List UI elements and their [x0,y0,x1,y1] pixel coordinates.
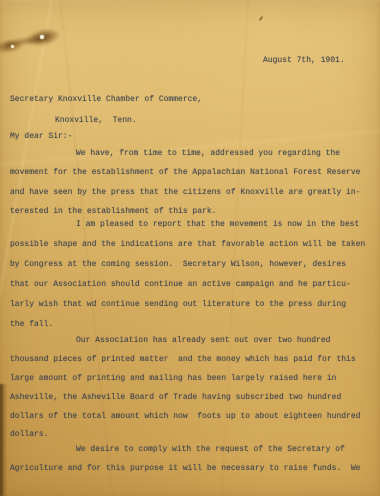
recipient-address-line: Knoxville, Tenn. [55,116,137,125]
letter-paragraph: I am pleased to report that the movement… [10,220,376,340]
letter-date: August 7th, 1901. [263,56,345,65]
letter-line: Our Association has already sent out ove… [10,336,376,355]
letter-paragraph: We have, from time to time, addressed yo… [10,149,376,227]
letter-paragraph: We desire to comply with the request of … [10,445,376,483]
letter-line: possible shape and the indications are t… [10,240,376,260]
letter-line: larly wish that wd continue sending out … [10,300,376,320]
salutation: My dear Sir:- [10,132,72,141]
letter-line: and have seen by the press that the citi… [10,188,376,207]
letter-text: August 7th, 1901. Secretary Knoxville Ch… [0,0,380,496]
letter-line: Agriculture and for this purpose it will… [10,464,376,483]
letter-line: I am pleased to report that the movement… [10,220,376,240]
letter-paragraph: Our Association has already sent out ove… [10,336,376,449]
recipient-address-line: Secretary Knoxville Chamber of Commerce, [10,95,202,104]
letter-line: movement for the establishment of the Ap… [10,168,376,187]
letter-page: August 7th, 1901. Secretary Knoxville Ch… [0,0,380,496]
letter-line: by Congress at the coming session. Secre… [10,260,376,280]
letter-line: thousand pieces of printed matter and th… [10,355,376,374]
letter-line: dollars of the total amount which now fo… [10,412,376,431]
letter-line: large amount of printing and mailing has… [10,374,376,393]
letter-line: We desire to comply with the request of … [10,445,376,464]
letter-line: Asheville, the Asheville Board of Trade … [10,393,376,412]
letter-line: We have, from time to time, addressed yo… [10,149,376,168]
letter-line: that our Association should continue an … [10,280,376,300]
